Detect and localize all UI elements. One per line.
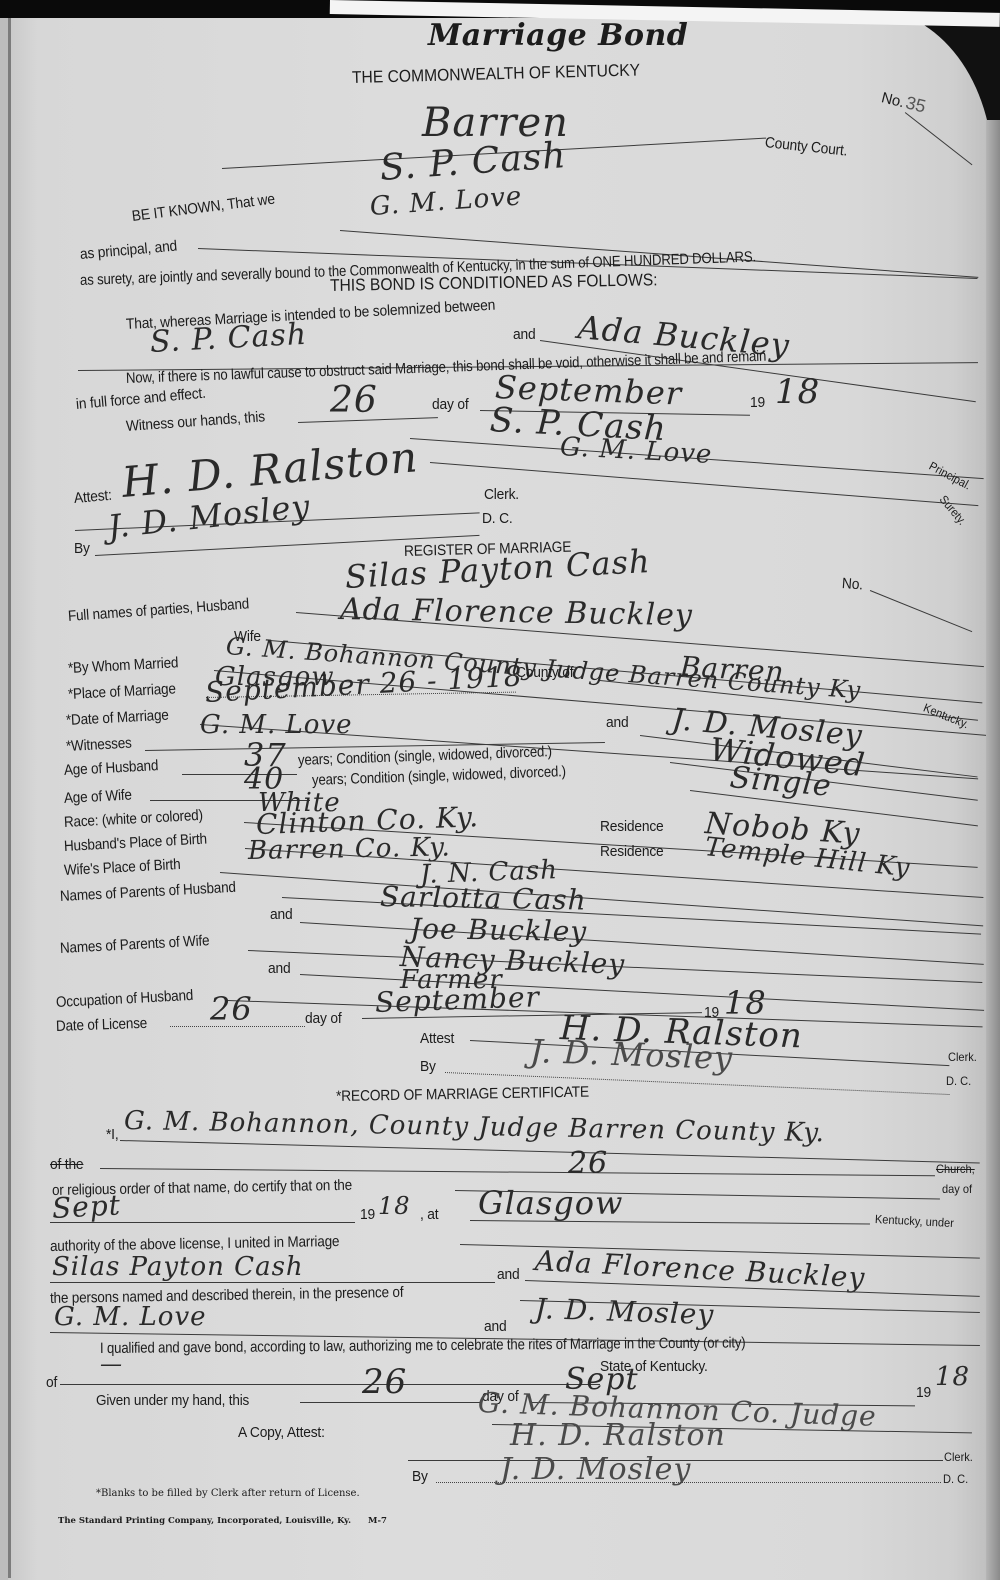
dc-label: D. C. [482,510,513,527]
register-dc-label: D. C. [946,1074,971,1088]
husband-residence-label: Residence [600,818,664,835]
at-label: , at [420,1206,438,1223]
of-label: of [46,1374,57,1391]
given-day-line [300,1402,480,1403]
given-day: 26 [362,1362,407,1402]
of-the-label: of the [50,1156,83,1173]
register-by-label: By [420,1058,436,1075]
witnesses-and-label: and [606,714,628,731]
printer-name: The Standard Printing Company, Incorpora… [58,1516,351,1526]
register-by-signature: J. D. Mosley [529,1032,733,1077]
certificate-and-label: and [497,1266,519,1283]
binding-shadow [0,18,8,1580]
certificate-month: Sept [51,1188,122,1225]
certificate-place: Glasgow [478,1184,623,1222]
certificate-groom: Silas Payton Cash [52,1252,304,1282]
given-label: Given under my hand, this [96,1392,249,1409]
given-year-prefix: 19 [916,1384,931,1401]
given-year: 18 [935,1362,970,1392]
year-prefix: 19 [750,394,765,411]
county-of-value: Barren [679,650,785,688]
church-label: Church, [936,1162,975,1176]
form-code: M-7 [368,1516,387,1526]
clerk-label: Clerk. [484,486,519,503]
blanks-note: *Blanks to be filled by Clerk after retu… [96,1488,360,1499]
of-line [60,1384,600,1385]
copy-clerk-signature: H. D. Ralston [510,1418,726,1453]
certificate-day: 26 [568,1146,608,1181]
wife-name: Ada Florence Buckley [340,592,693,633]
page-edge [8,18,11,1578]
register-attest-label: Attest [420,1030,454,1047]
certificate-day-of-label: day of [942,1182,972,1196]
day-of-label: day of [432,396,468,413]
certificate-witness-1: G. M. Love [54,1302,207,1332]
witness-year: 18 [775,372,820,412]
witnesses-label: *Witnesses [66,735,133,755]
license-day-line [170,1026,305,1027]
license-label: Date of License [56,1015,148,1035]
and-label: and [513,326,535,343]
witness-day: 26 [330,380,378,421]
certificate-witness-and: and [484,1318,506,1335]
certificate-year-prefix: 19 [360,1206,375,1223]
certificate-witness-2: J. D. Mosley [534,1292,714,1331]
license-day-of-label: day of [305,1010,341,1027]
of-value: — [100,1352,123,1377]
copy-attest-label: A Copy, Attest: [238,1424,325,1441]
register-clerk-label: Clerk. [948,1050,977,1064]
husband-parents-and-label: and [270,906,292,923]
certificate-year: 18 [378,1192,411,1220]
license-month-value: September [374,980,540,1019]
copy-clerk-label: Clerk. [944,1450,973,1464]
wife-residence-label: Residence [600,843,664,860]
document-title: Marriage Bond [428,18,688,53]
by-label: By [74,540,90,557]
age-wife-label: Age of Wife [64,786,133,807]
copy-by-line [436,1482,941,1483]
copy-by-label: By [412,1468,428,1485]
printer-credit: The Standard Printing Company, Incorpora… [58,1516,387,1526]
page-curl-shadow [986,120,1000,1580]
groom-line [50,1282,495,1283]
license-day-value: 26 [210,990,253,1028]
copy-dc-label: D. C. [943,1472,968,1486]
register-no-label: No. [841,575,863,593]
wife-parents-and-label: and [268,960,290,977]
attest-label: Attest: [73,487,112,507]
certificate-month-line [50,1222,355,1223]
certificate-i-label: *I, [106,1126,118,1143]
county-of-label: County of [516,664,573,681]
